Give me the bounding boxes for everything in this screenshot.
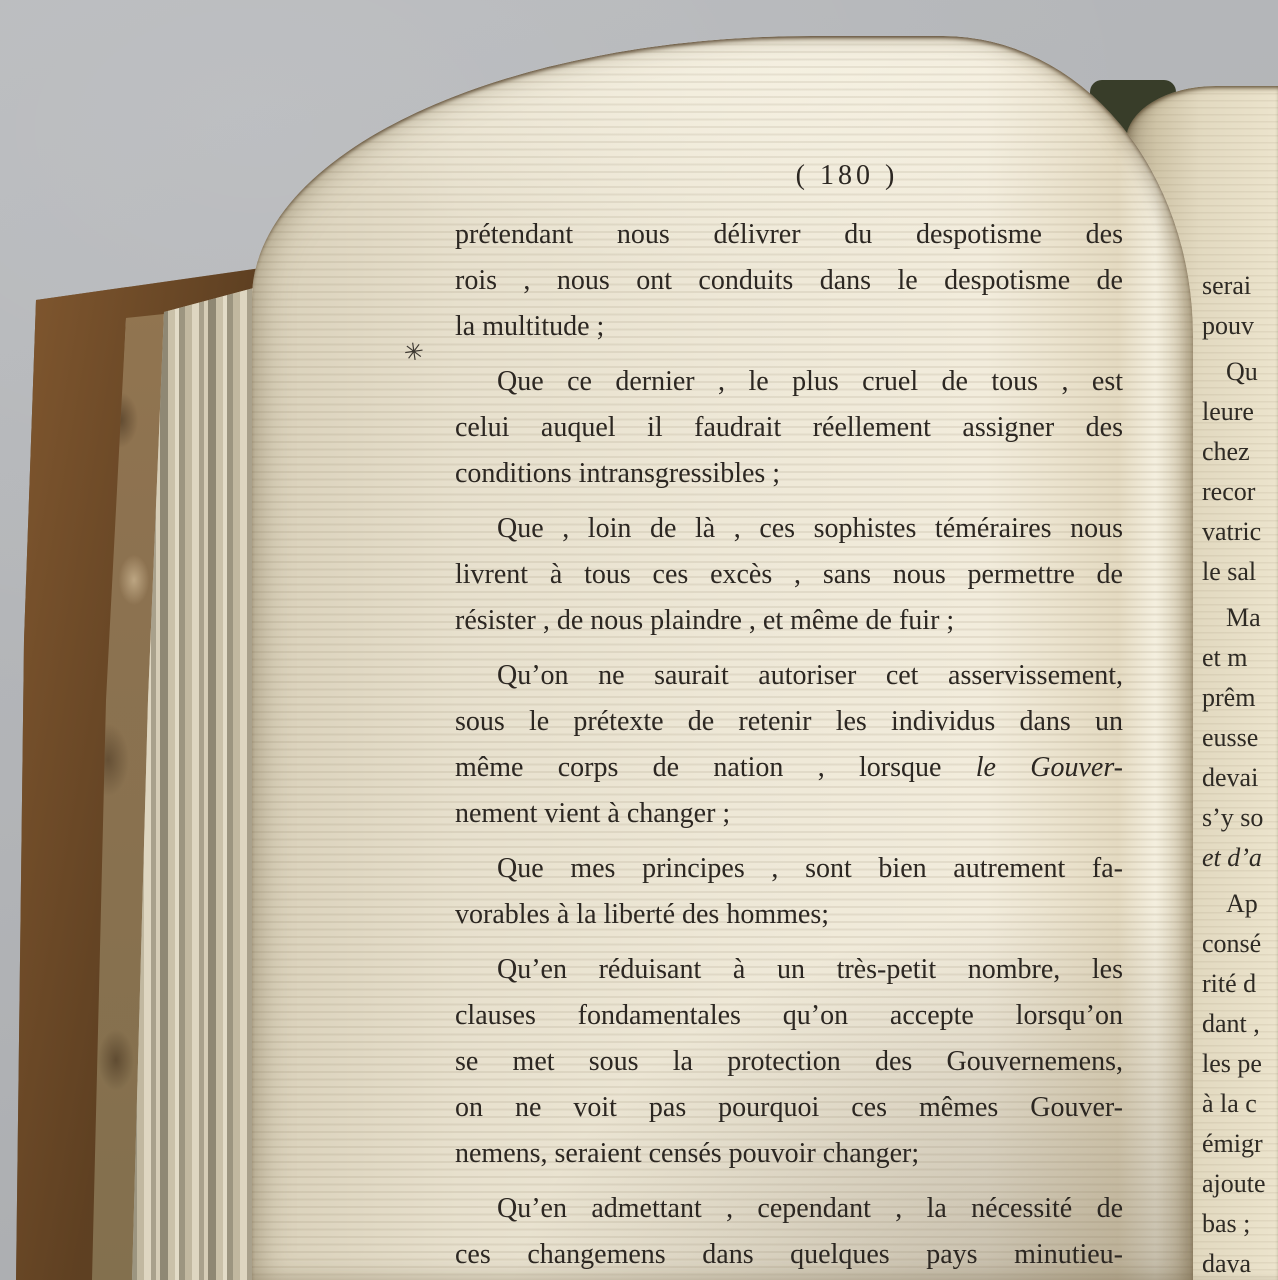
text-line: sous le prétexte de retenir les individu… <box>455 699 1123 745</box>
text-line: se met sous la protection des Gouverneme… <box>455 1039 1123 1085</box>
text-line: la multitude ; <box>455 304 1123 350</box>
text-fragment-line: bas ; <box>1202 1204 1278 1244</box>
text-line: conditions intransgressibles ; <box>455 451 1123 497</box>
text-line: nemens, seraient censés pouvoir changer; <box>455 1131 1123 1177</box>
text-line: prétendant nous délivrer du despotisme d… <box>455 212 1123 258</box>
text-fragment-line: chez <box>1202 432 1278 472</box>
margin-star-mark: ✳ <box>402 337 426 369</box>
text-fragment-line: s’y so <box>1202 798 1278 838</box>
text-line: nement vient à changer ; <box>455 791 1123 837</box>
text-fragment-line: eusse <box>1202 718 1278 758</box>
text-fragment-line: et m <box>1202 638 1278 678</box>
text-fragment-line: pouv <box>1202 306 1278 346</box>
text-line: on ne voit pas pourquoi ces mêmes Gouver… <box>455 1085 1123 1131</box>
text-fragment-line: et d’a <box>1202 838 1278 878</box>
text-fragment-line: prêm <box>1202 678 1278 718</box>
text-line: celui auquel il faudrait réellement assi… <box>455 405 1123 451</box>
text-fragment-line: dava <box>1202 1244 1278 1280</box>
text-line: même corps de nation , lorsque le Gouver… <box>455 745 1123 791</box>
text-fragment-line: rité d <box>1202 964 1278 1004</box>
text-fragment-line: devai <box>1202 758 1278 798</box>
text-fragment-line: Qu <box>1202 352 1278 392</box>
text-fragment-line: vatric <box>1202 512 1278 552</box>
text-line: Qu’en admettant , cependant , la nécessi… <box>455 1186 1123 1232</box>
text-fragment-line: leure <box>1202 392 1278 432</box>
text-line: résister , de nous plaindre , et même de… <box>455 598 1123 644</box>
text-fragment-line: Ap <box>1202 884 1278 924</box>
page-number: ( 180 ) <box>752 160 942 192</box>
text-fragment-line: le sal <box>1202 552 1278 592</box>
text-fragment-line: consé <box>1202 924 1278 964</box>
text-fragment-line: Ma <box>1202 598 1278 638</box>
text-line: Que , loin de là , ces sophistes témérai… <box>455 506 1123 552</box>
text-line: livrent à tous ces excès , sans nous per… <box>455 552 1123 598</box>
text-line: ces changemens dans quelques pays minuti… <box>455 1232 1123 1278</box>
page-body-text: prétendant nous délivrer du despotisme d… <box>455 212 1123 1278</box>
right-page-text-fragments: serai pouv Qu leure chez recor vatric le… <box>1202 266 1278 1280</box>
text-line: Qu’on ne saurait autoriser cet asserviss… <box>455 653 1123 699</box>
text-line: rois , nous ont conduits dans le despoti… <box>455 258 1123 304</box>
text-fragment-line: serai <box>1202 266 1278 306</box>
text-fragment-line: ajoute <box>1202 1164 1278 1204</box>
text-line: Que ce dernier , le plus cruel de tous ,… <box>455 359 1123 405</box>
text-fragment-line: les pe <box>1202 1044 1278 1084</box>
text-fragment-line: recor <box>1202 472 1278 512</box>
left-page: ( 180 ) ✳ prétendant nous délivrer du de… <box>252 36 1193 1280</box>
text-line: vorables à la liberté des hommes; <box>455 892 1123 938</box>
text-line: clauses fondamentales qu’on accepte lors… <box>455 993 1123 1039</box>
text-line: Que mes principes , sont bien autrement … <box>455 846 1123 892</box>
text-fragment-line: à la c <box>1202 1084 1278 1124</box>
text-fragment-line: émigr <box>1202 1124 1278 1164</box>
text-line: Qu’en réduisant à un très-petit nombre, … <box>455 947 1123 993</box>
text-fragment-line: dant , <box>1202 1004 1278 1044</box>
photo-of-open-book: { "photo": { "background_color": "#b2b4b… <box>0 0 1278 1280</box>
